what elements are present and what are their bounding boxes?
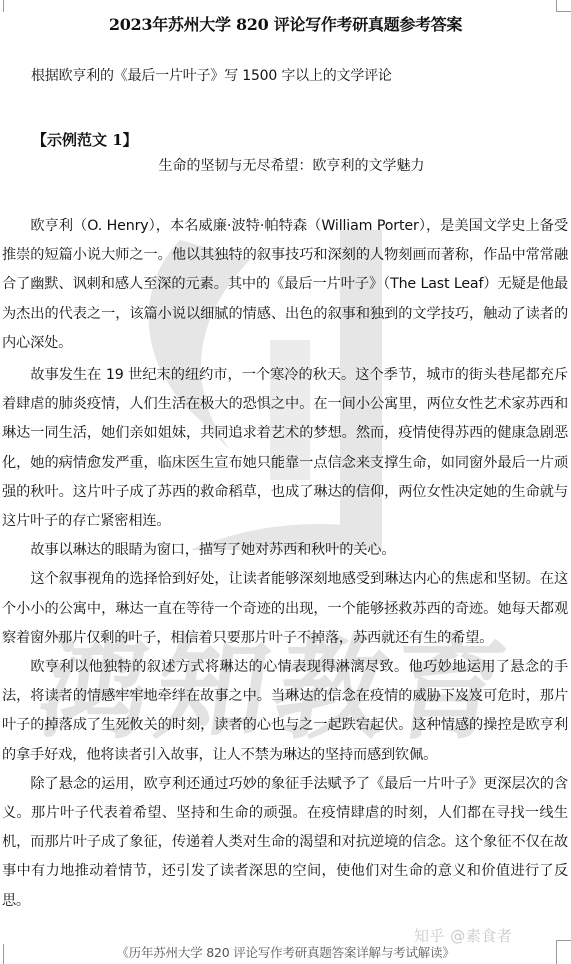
essay-paragraph: 这个叙事视角的选择恰到好处，让读者能够深刻地感受到琳达内心的焦虑和坚韧。在这个小… xyxy=(2,565,568,653)
essay-body: 欧亨利（O. Henry），本名威廉·波特·帕特森（William Porter… xyxy=(2,212,568,916)
essay-paragraph: 故事发生在 19 世纪末的纽约市，一个寒冷的秋天。这个季节，城市的街头巷尾都充斥… xyxy=(2,361,568,536)
sample-label: 【示例范文 1】 xyxy=(32,129,138,150)
essay-paragraph: 欧亨利（O. Henry），本名威廉·波特·帕特森（William Porter… xyxy=(2,212,568,358)
essay-paragraph: 除了悬念的运用，欧亨利还通过巧妙的象征手法赋予了《最后一片叶子》更深层次的含义。… xyxy=(2,770,568,916)
essay-paragraph: 欧亨利以他独特的叙述方式将琳达的心情表现得淋漓尽致。他巧妙地运用了悬念的手法，将… xyxy=(2,653,568,770)
crop-mark-top-right xyxy=(556,0,571,12)
document-title: 2023年苏州大学 820 评论写作考研真题参考答案 xyxy=(0,12,571,35)
essay-prompt: 根据欧亨利的《最后一片叶子》写 1500 字以上的文学评论 xyxy=(31,65,392,85)
document-page: 鸿知教育 2023年苏州大学 820 评论写作考研真题参考答案 根据欧亨利的《最… xyxy=(0,0,571,964)
zhihu-watermark: 知乎 @素食者 xyxy=(414,925,512,946)
essay-paragraph: 故事以琳达的眼睛为窗口，描写了她对苏西和秋叶的关心。 xyxy=(2,536,568,565)
essay-title: 生命的坚韧与无尽希望：欧亨利的文学魅力 xyxy=(0,155,571,175)
crop-mark-top-left xyxy=(3,0,4,12)
